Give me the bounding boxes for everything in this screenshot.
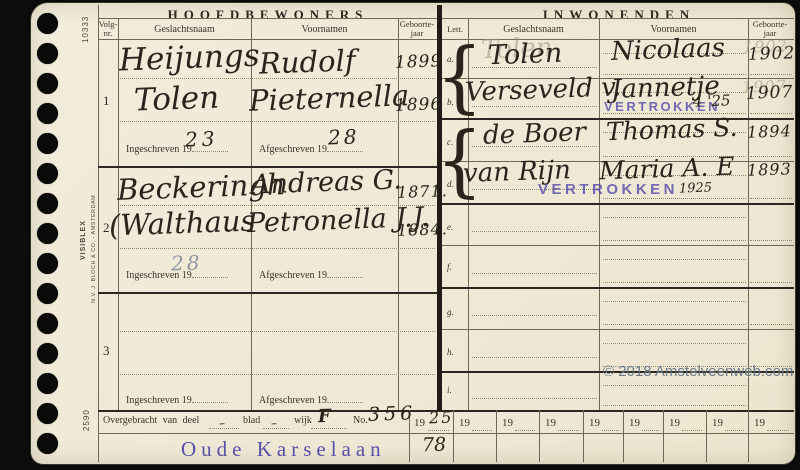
birthyear-entry: 1893 <box>747 161 792 179</box>
column-header-volgnr-line2: nr. <box>104 28 113 38</box>
afgeschreven-label-text: Afgeschreven 19 <box>259 270 327 281</box>
year-cell-label: 19 <box>669 417 680 429</box>
row-letter: h. <box>447 347 454 357</box>
binder-hole <box>37 13 58 34</box>
street-name-stamp: Oude Karselaan <box>181 437 359 462</box>
row-number: 1 <box>103 93 110 109</box>
printer-brand-sub: N.V. J. BLOCH & CO. - AMSTERDAM <box>91 167 97 303</box>
binder-hole <box>37 133 58 154</box>
writing-line <box>750 323 792 325</box>
surname-entry: (Walthaus <box>109 206 256 240</box>
ingeschreven-year-value: 28 <box>171 252 203 273</box>
binder-hole <box>37 433 58 454</box>
surname-entry: Tolen <box>488 40 563 70</box>
binder-hole <box>37 343 58 364</box>
firstname-entry: Rudolf <box>259 46 357 78</box>
writing-line <box>472 356 597 358</box>
birthyear-entry: 1907 <box>746 84 794 103</box>
writing-line <box>120 330 435 332</box>
surname-entry: Verseveld v. <box>465 74 622 105</box>
writing-line <box>750 239 792 241</box>
year-cell-dotted <box>472 429 492 431</box>
firstname-entry: Pieternella <box>249 81 410 116</box>
table-line <box>98 5 99 462</box>
writing-line <box>603 300 746 302</box>
binder-hole <box>37 403 58 424</box>
writing-line <box>472 230 597 232</box>
ingeschreven-label: Ingeschreven 19 <box>126 393 228 406</box>
ingeschreven-label-text: Ingeschreven 19 <box>126 395 192 406</box>
year-cell-label: 19 <box>545 417 556 429</box>
row-letter: i. <box>447 385 452 395</box>
afgeschreven-label-text: Afgeschreven 19 <box>259 144 327 155</box>
surname-entry: Tolen <box>133 83 219 117</box>
row-letter: e. <box>447 222 453 232</box>
writing-line <box>750 155 792 157</box>
column-header-voornamen: Voornamen <box>599 24 748 35</box>
table-line <box>442 203 794 205</box>
birthyear-entry: 1902 <box>748 45 796 64</box>
registration-card: 10333 VISIBLEX N.V. J. BLOCH & CO. - AMS… <box>30 2 796 465</box>
form-number-bottom: 2590 <box>82 401 91 431</box>
table-line <box>748 410 749 462</box>
dotted-tail <box>327 393 363 403</box>
writing-line <box>750 197 792 199</box>
wijk-dotted-line <box>311 427 347 429</box>
year-cell-label: 19 <box>589 417 600 429</box>
year-cell-dotted <box>725 429 744 431</box>
writing-line <box>750 281 792 283</box>
writing-line <box>603 281 746 283</box>
vertrokken-date-note: 1925 <box>679 181 713 195</box>
writing-line <box>472 314 597 316</box>
writing-line <box>120 247 435 249</box>
blad-number-value: 78 <box>422 436 447 456</box>
deel-dash-mark: – <box>219 417 225 429</box>
writing-line <box>603 239 746 241</box>
blad-label: blad <box>243 415 260 426</box>
column-header-geboorte-line2: jaar <box>411 28 424 38</box>
surname-entry: de Boer <box>483 119 587 149</box>
printer-brand: VISIBLEX <box>80 196 87 260</box>
table-line <box>442 245 794 246</box>
table-line <box>623 410 624 462</box>
dotted-tail <box>327 268 363 278</box>
table-line <box>706 410 707 462</box>
writing-line <box>750 112 792 114</box>
binder-hole <box>37 253 58 274</box>
binder-hole <box>37 193 58 214</box>
year-cell-dotted <box>642 429 659 431</box>
afgeschreven-label: Afgeschreven 19 <box>259 268 363 281</box>
column-header-geboortejaar: Geboorte- jaar <box>396 20 438 38</box>
binder-hole <box>37 163 58 184</box>
writing-line <box>603 384 746 386</box>
binder-hole <box>37 73 58 94</box>
year-cell-label: 19 <box>459 417 470 429</box>
writing-line <box>750 73 792 75</box>
writing-line <box>603 216 746 218</box>
writing-line <box>603 342 746 344</box>
firstname-entry: Andreas G. <box>251 166 403 198</box>
writing-line <box>120 120 435 122</box>
afgeschreven-label: Afgeschreven 19 <box>259 393 363 406</box>
year-cell-label: 19 <box>754 417 765 429</box>
binder-hole <box>37 373 58 394</box>
blad-dash-mark: – <box>271 417 277 429</box>
year-cell-dotted <box>558 429 579 431</box>
no-label: No. <box>353 415 368 426</box>
no-value: 356 <box>368 404 417 425</box>
wijk-label: wijk <box>294 415 312 426</box>
row-letter: g. <box>447 307 454 317</box>
ingeschreven-label-text: Ingeschreven 19 <box>126 144 192 155</box>
firstname-entry: Nicolaas <box>611 35 726 65</box>
binder-hole <box>37 103 58 124</box>
writing-line <box>472 272 597 274</box>
overgebracht-label: Overgebracht van deel <box>103 415 199 426</box>
table-line <box>442 329 794 330</box>
binder-hole <box>37 283 58 304</box>
wijk-value: F <box>318 408 331 426</box>
afgeschreven-year-value: 28 <box>328 126 360 147</box>
column-header-geslachtsnaam: Geslachtsnaam <box>118 24 251 35</box>
afgeschreven-label-text: Afgeschreven 19 <box>259 395 327 406</box>
table-line <box>98 292 437 294</box>
year-cell-value: 25 <box>429 410 454 427</box>
firstname-entry: Maria A. E <box>599 154 735 184</box>
table-line <box>539 410 540 462</box>
writing-line <box>472 397 597 399</box>
surname-entry: Heijungs <box>119 41 261 77</box>
writing-line <box>603 258 746 260</box>
year-cell-dotted <box>428 429 449 431</box>
year-cell-label: 19 <box>712 417 723 429</box>
scanned-card-background: 10333 VISIBLEX N.V. J. BLOCH & CO. - AMS… <box>0 0 800 470</box>
vertrokken-stamp: VERTROKKEN <box>538 182 678 197</box>
table-line <box>663 410 664 462</box>
table-line <box>496 410 497 462</box>
year-cell-dotted <box>515 429 535 431</box>
table-line <box>583 410 584 462</box>
writing-line <box>603 323 746 325</box>
firstname-entry: Thomas S. <box>606 115 738 145</box>
binder-hole <box>37 223 58 244</box>
row-letter: f. <box>447 262 452 272</box>
table-line <box>442 287 794 289</box>
year-cell-label: 19 <box>502 417 513 429</box>
year-cell-label: 19 <box>414 417 425 429</box>
year-cell-dotted <box>682 429 702 431</box>
column-header-volgnr: Volg- nr. <box>97 20 119 38</box>
watermark: © 2018 Amstelveenweb.com <box>603 363 793 380</box>
vertrokken-date-note: 4 '25 <box>693 93 731 109</box>
row-number: 3 <box>103 343 110 359</box>
birthyear-entry: 1894 <box>747 123 792 141</box>
year-cell-dotted <box>602 429 619 431</box>
form-number-top: 10333 <box>81 9 90 43</box>
writing-line <box>120 373 435 375</box>
table-line <box>98 433 794 434</box>
binder-hole <box>37 313 58 334</box>
birthyear-entry: 1884. <box>397 221 448 239</box>
year-cell-dotted <box>767 429 789 431</box>
dotted-tail <box>192 393 228 403</box>
binder-hole <box>37 43 58 64</box>
table-line <box>98 18 794 19</box>
year-cell-label: 19 <box>629 417 640 429</box>
ingeschreven-year-value: 23 <box>185 128 219 149</box>
writing-line <box>603 404 746 406</box>
column-header-voornamen: Voornamen <box>251 24 398 35</box>
